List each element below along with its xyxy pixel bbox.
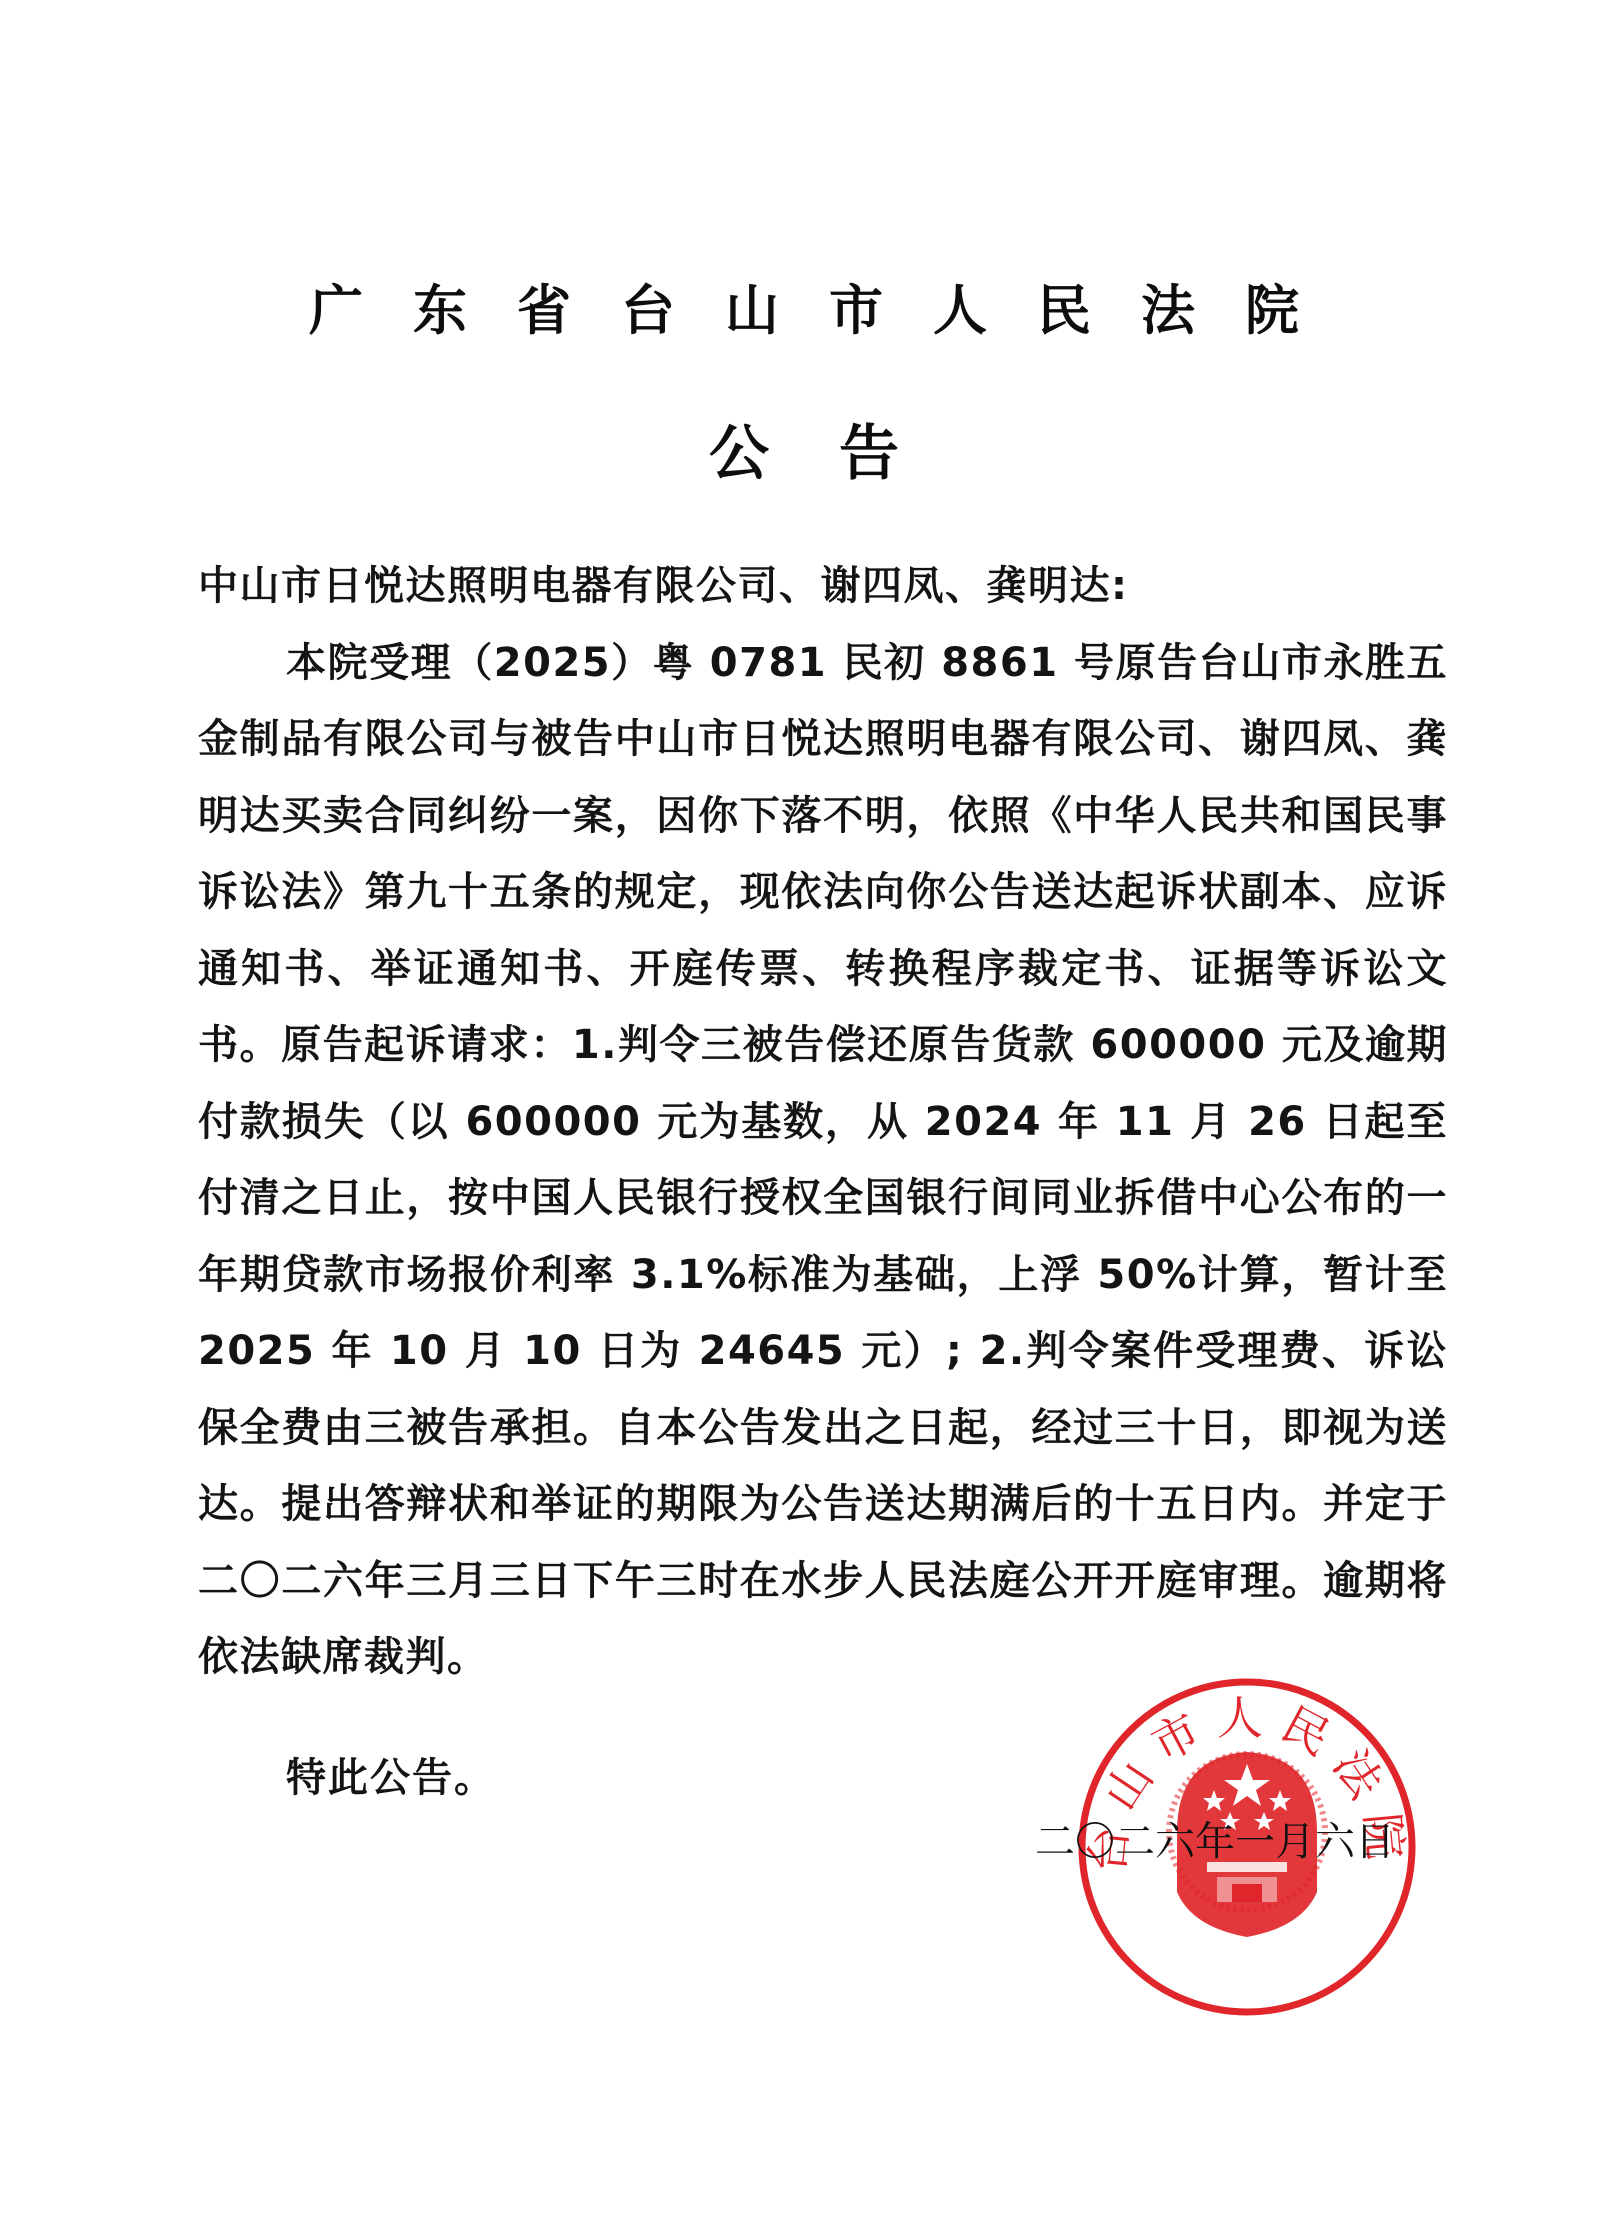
document-page: 广东省台山市人民法院 公告 中山市日悦达照明电器有限公司、谢四凤、龚明达: 本院… xyxy=(0,0,1608,2240)
signature-date: 二〇二六年一月六日 xyxy=(1035,1812,1395,1872)
body-paragraph: 本院受理（2025）粤 0781 民初 8861 号原告台山市永胜五金制品有限公… xyxy=(198,625,1448,1696)
closing-line: 特此公告。 xyxy=(286,1740,496,1816)
document-title: 公告 xyxy=(0,406,1608,492)
document-body: 中山市日悦达照明电器有限公司、谢四凤、龚明达: 本院受理（2025）粤 0781… xyxy=(198,548,1448,1696)
court-name-heading: 广东省台山市人民法院 xyxy=(0,268,1608,345)
addressee-line: 中山市日悦达照明电器有限公司、谢四凤、龚明达: xyxy=(198,548,1448,625)
